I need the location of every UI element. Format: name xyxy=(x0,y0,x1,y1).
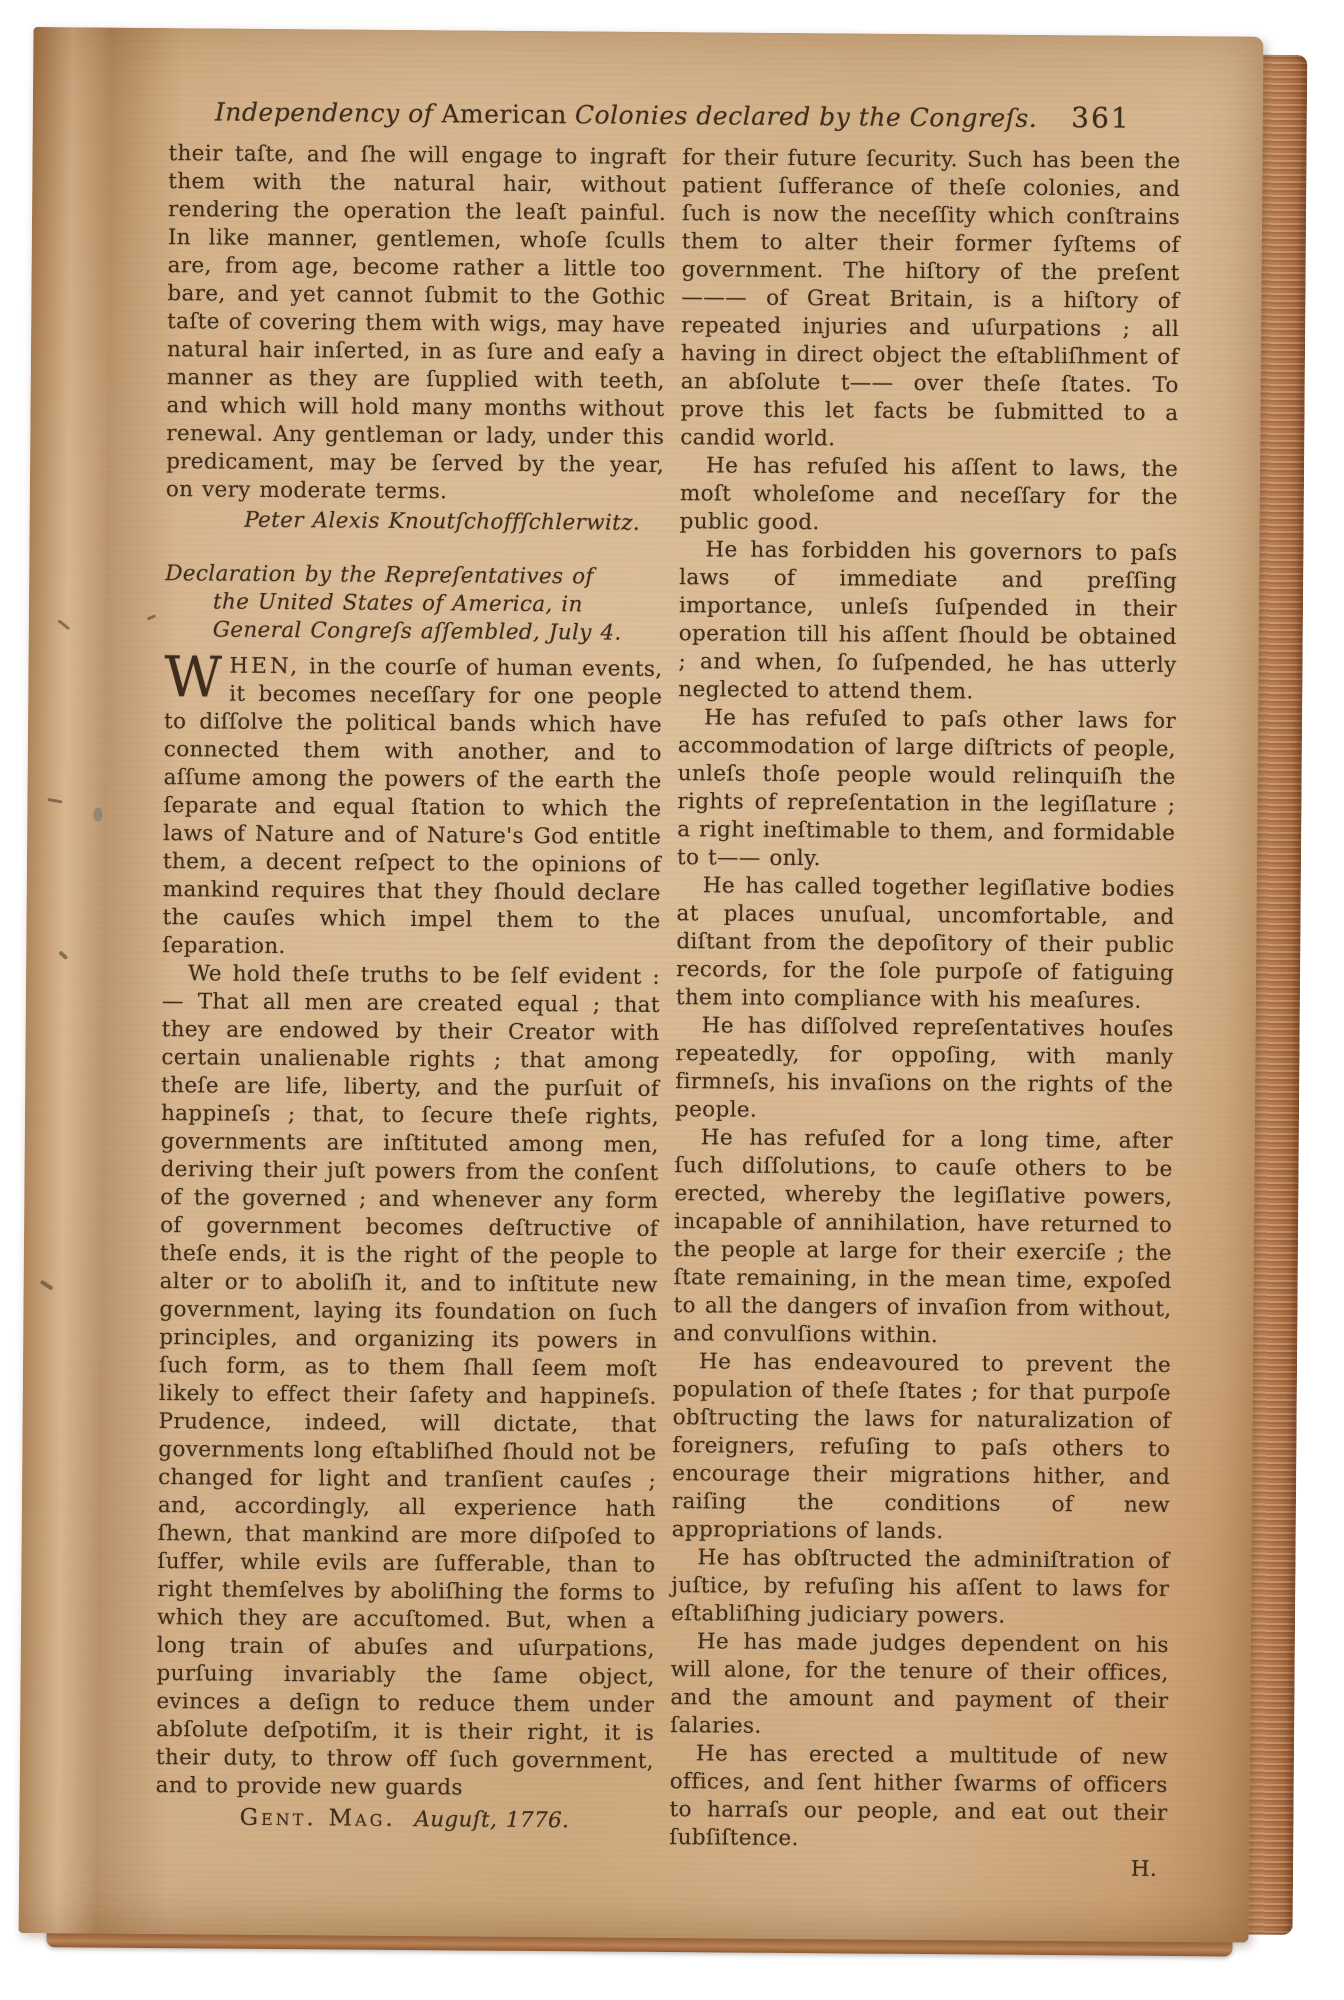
drop-cap-w: W xyxy=(164,652,229,702)
column-paragraph: He has refuſed for a long time, after ſu… xyxy=(673,1124,1173,1352)
lead-capitals: HEN, xyxy=(229,654,300,680)
column-paragraph: He has diſſolved repreſentatives houſes … xyxy=(675,1012,1174,1128)
magazine-footer: Gent. Mag. Auguſt, 1776. xyxy=(155,1803,653,1836)
ink-mark xyxy=(58,950,68,960)
column-paragraph: He has obſtructed the adminiſtration of … xyxy=(671,1544,1170,1632)
ink-mark xyxy=(147,614,156,620)
printed-page: Independency of American Colonies declar… xyxy=(19,27,1264,1943)
ink-blot xyxy=(93,808,102,822)
right-column: for their future ſecurity. Such has been… xyxy=(669,144,1181,1884)
ink-mark xyxy=(47,798,62,804)
page-number: 361 xyxy=(1071,101,1131,134)
ink-mark xyxy=(40,1280,54,1291)
footer-issue-date: Auguſt, 1776. xyxy=(414,1807,569,1833)
column-paragraph: He has endeavoured to prevent the popula… xyxy=(672,1348,1172,1548)
declaration-section-heading: Declaration by the Repreſentatives of th… xyxy=(165,560,664,648)
magazine-page-photo: Independency of American Colonies declar… xyxy=(0,0,1344,2000)
footer-magazine-name: Gent. Mag. xyxy=(240,1805,396,1832)
ink-mark xyxy=(57,619,70,630)
catchword: H. xyxy=(669,1852,1167,1884)
declaration-opening-paragraph: WHEN, in the courſe of human events, it … xyxy=(162,652,662,964)
column-paragraph: He has erected a multitude of new office… xyxy=(669,1740,1168,1856)
signature-line: Peter Alexis Knoutſchoffſchlerwitz. xyxy=(166,506,664,538)
column-paragraph: He has called together legiſlative bodie… xyxy=(676,872,1175,1016)
column-paragraph: He has forbidden his governors to paſs l… xyxy=(678,536,1177,708)
column-paragraph: He has made judges dependent on his will… xyxy=(670,1628,1169,1744)
header-title-italic-2: Colonies declared by the Congreſs. xyxy=(575,100,1038,133)
book-leaf: Independency of American Colonies declar… xyxy=(18,19,1307,1957)
heading-line-1: Declaration by the Repreſentatives of xyxy=(165,560,663,592)
left-column: their taſte, and ſhe will engage to ingr… xyxy=(155,140,666,1836)
declaration-opening-text: in the courſe of human events, it become… xyxy=(162,654,662,959)
header-title-roman: American xyxy=(441,99,567,129)
running-header: Independency of American Colonies declar… xyxy=(143,94,1203,135)
column-paragraph: He has refuſed to paſs other laws for ac… xyxy=(677,704,1176,876)
header-title-italic-1: Independency of xyxy=(215,97,434,128)
column-paragraph: for their future ſecurity. Such has been… xyxy=(680,144,1180,456)
continuation-paragraph: their taſte, and ſhe will engage to ingr… xyxy=(166,140,667,508)
heading-line-3: General Congreſs aſſembled, July 4. xyxy=(165,616,663,648)
truths-paragraph: We hold theſe truths to be ſelf evident … xyxy=(156,960,661,1804)
column-paragraph: He has refuſed his aſſent to laws, the m… xyxy=(680,452,1179,540)
heading-line-2: the United States of America, in xyxy=(165,588,663,620)
